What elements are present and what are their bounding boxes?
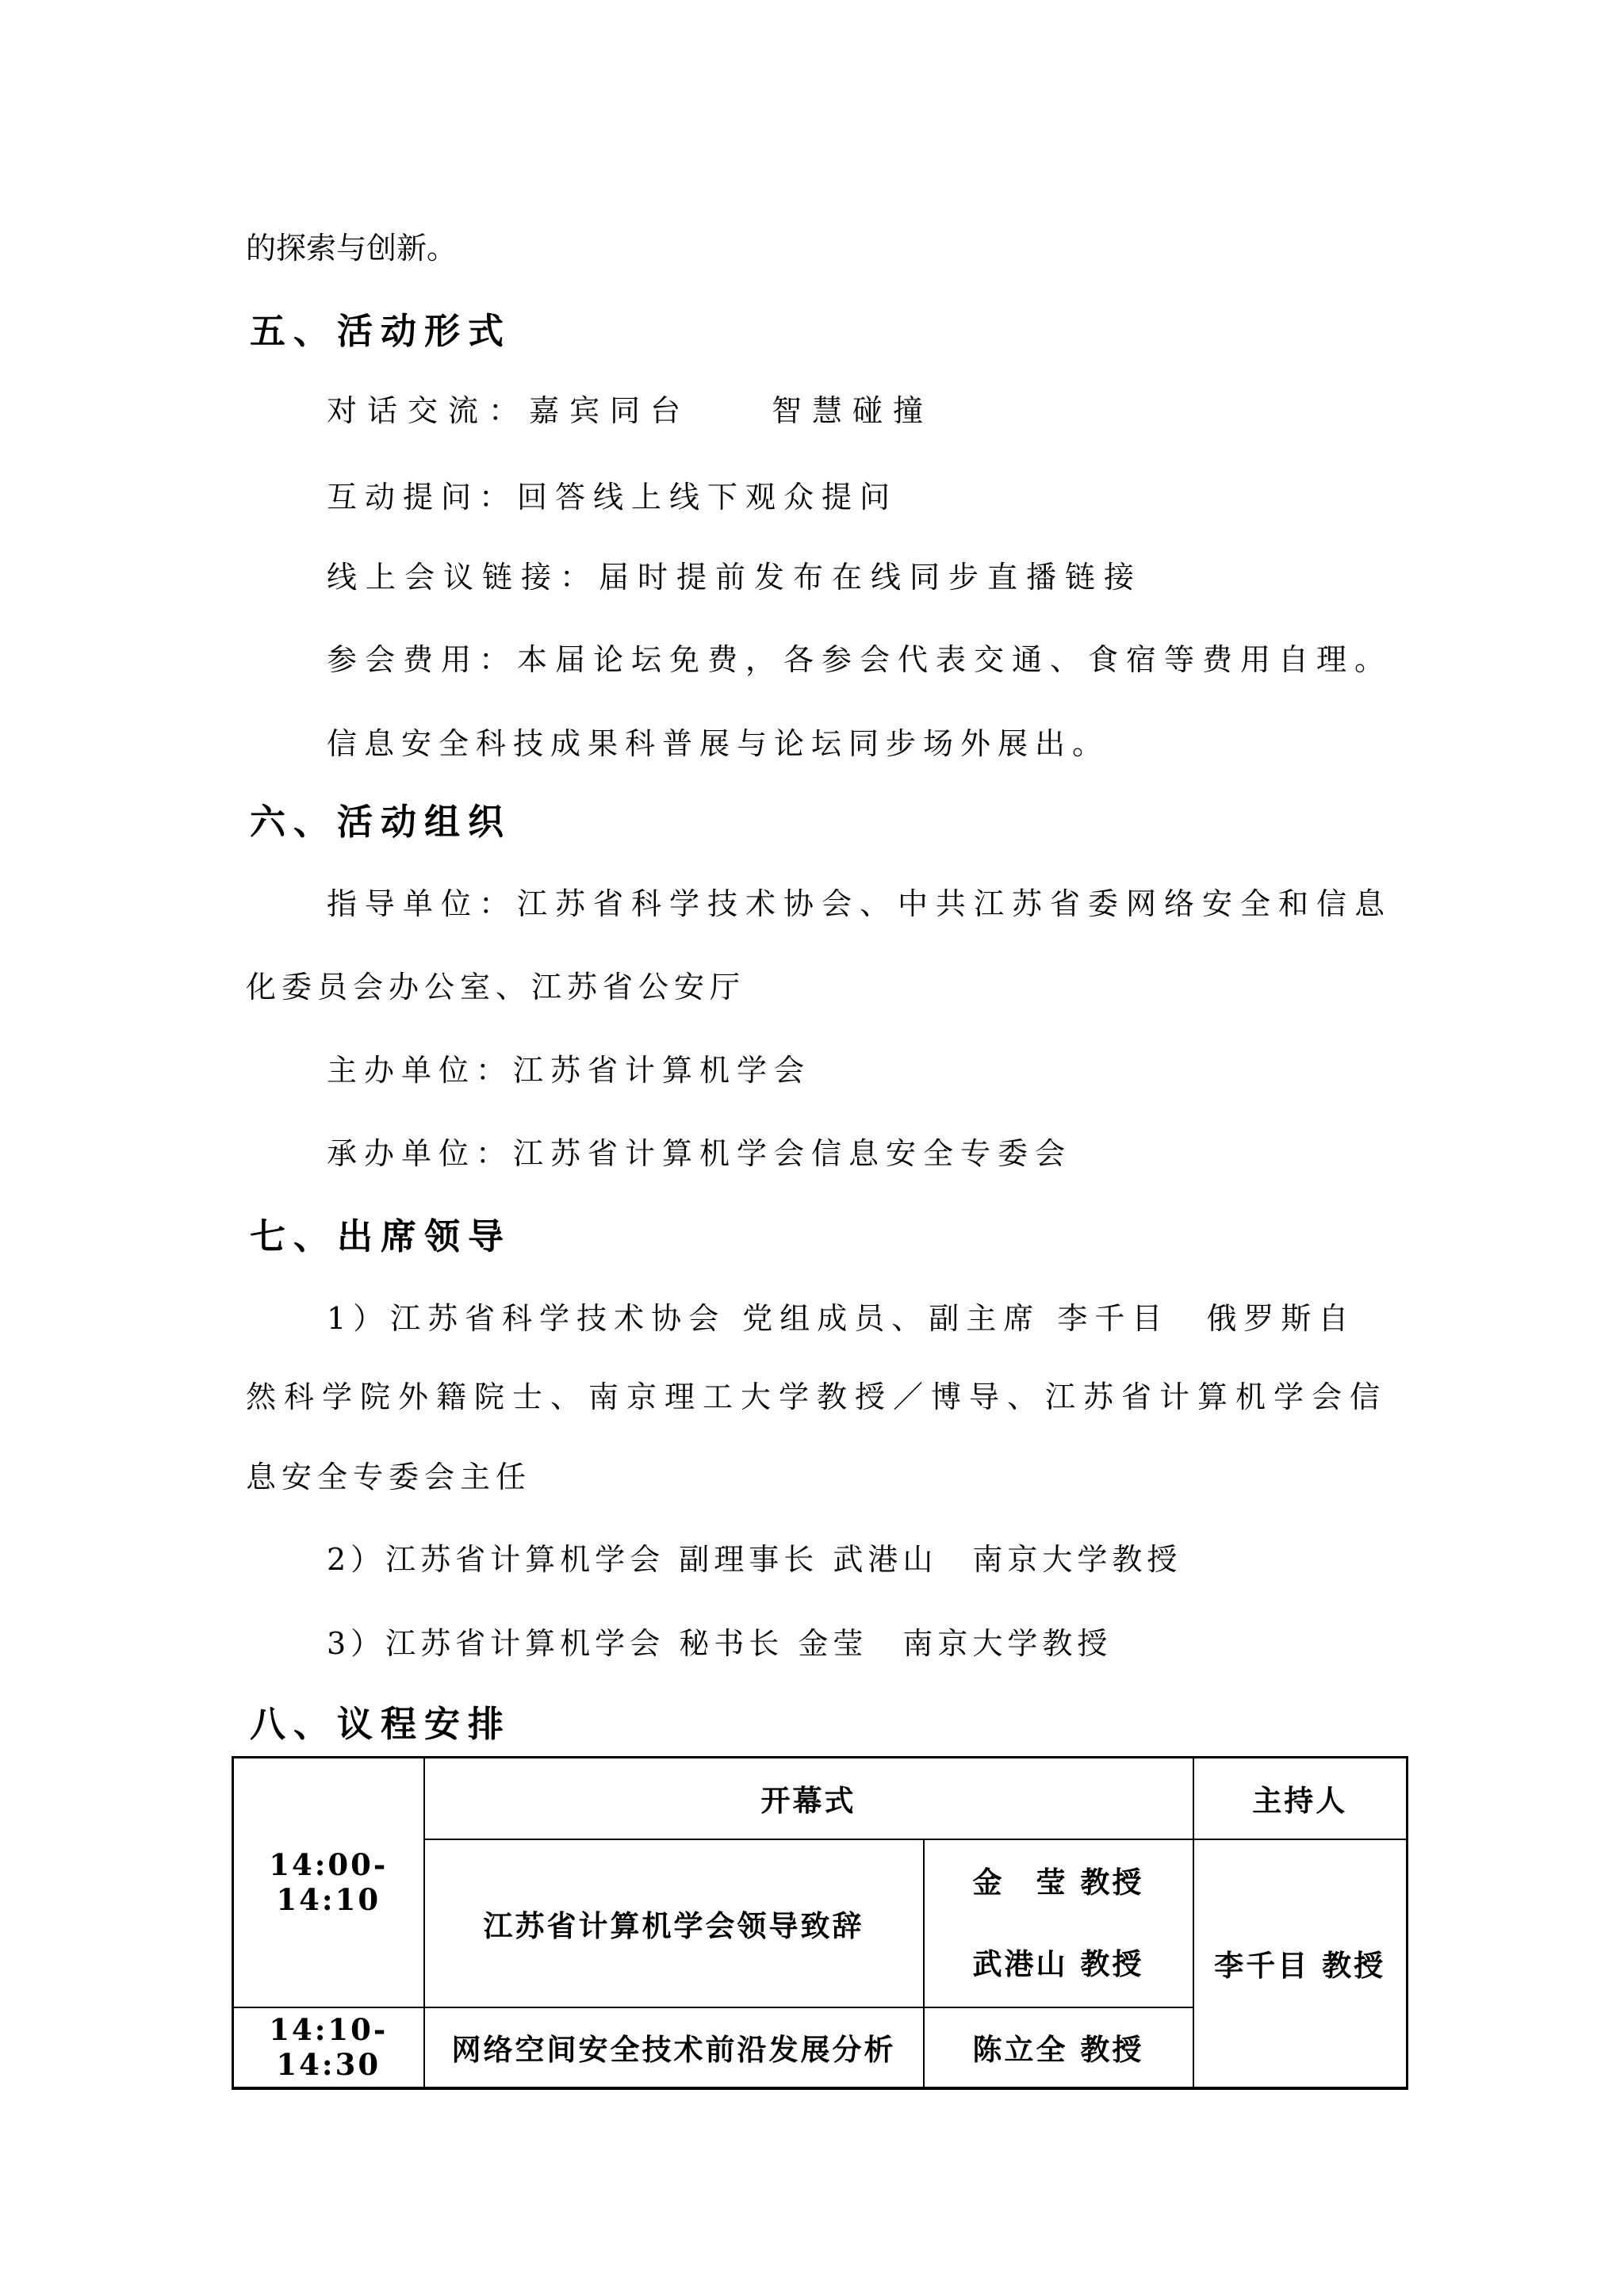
agenda-host-cell: 李千目 教授 [1193, 1839, 1408, 2088]
paragraph-continuation-line: 的探索与创新。 [246, 228, 457, 269]
body-line: 化委员会办公室、江苏省公安厅 [246, 966, 745, 1008]
body-line: 指导单位：江苏省科学技术协会、中共江苏省委网络安全和信息 [327, 883, 1392, 924]
body-line: 线上会议链接：届时提前发布在线同步直播链接 [327, 557, 1143, 598]
document-page: 的探索与创新。 五、活动形式 对话交流：嘉宾同台 智慧碰撞 互动提问：回答线上线… [0, 0, 1624, 2296]
agenda-speakers-cell: 陈立全 教授 [924, 2007, 1193, 2088]
section-heading-agenda: 八、议程安排 [250, 1702, 511, 1747]
body-line: 息安全专委会主任 [246, 1456, 531, 1498]
host-header-cell: 主持人 [1193, 1758, 1408, 1839]
body-line: 然科学院外籍院士、南京理工大学教授／博导、江苏省计算机学会信 [246, 1376, 1388, 1418]
body-line: 互动提问：回答线上线下观众提问 [327, 476, 898, 518]
speaker-line: 金 莹 教授 [925, 1842, 1193, 1923]
speaker-line: 陈立全 教授 [925, 2026, 1193, 2068]
body-line: 参会费用：本届论坛免费，各参会代表交通、食宿等费用自理。 [327, 639, 1392, 680]
speaker-line: 武港山 教授 [925, 1923, 1193, 2005]
agenda-speakers-cell: 金 莹 教授 武港山 教授 [924, 1839, 1193, 2007]
body-line: 承办单位：江苏省计算机学会信息安全专委会 [327, 1133, 1072, 1174]
section-heading-attending-leaders: 七、出席领导 [250, 1215, 511, 1259]
agenda-table: 14:00-14:10 开幕式 主持人 江苏省计算机学会领导致辞 金 莹 教授 … [232, 1756, 1408, 2090]
agenda-topic-cell: 江苏省计算机学会领导致辞 [424, 1839, 924, 2007]
body-line: 2）江苏省计算机学会 副理事长 武港山 南京大学教授 [327, 1539, 1182, 1580]
agenda-topic-cell: 网络空间安全技术前沿发展分析 [424, 2007, 924, 2088]
section-heading-activity-format: 五、活动形式 [250, 309, 511, 354]
opening-ceremony-header-cell: 开幕式 [424, 1758, 1193, 1839]
body-line: 信息安全科技成果科普展与论坛同步场外展出。 [327, 723, 1109, 764]
body-line: 3）江苏省计算机学会 秘书长 金莹 南京大学教授 [327, 1623, 1112, 1664]
body-line: 主办单位：江苏省计算机学会 [327, 1050, 811, 1091]
agenda-time-cell: 14:00-14:10 [233, 1758, 424, 2007]
section-heading-activity-organization: 六、活动组织 [250, 800, 511, 844]
body-line: 1）江苏省科学技术协会 党组成员、副主席 李千目 俄罗斯自 [327, 1298, 1355, 1339]
agenda-time-cell: 14:10-14:30 [233, 2007, 424, 2088]
body-line: 对话交流：嘉宾同台 智慧碰撞 [327, 390, 933, 431]
